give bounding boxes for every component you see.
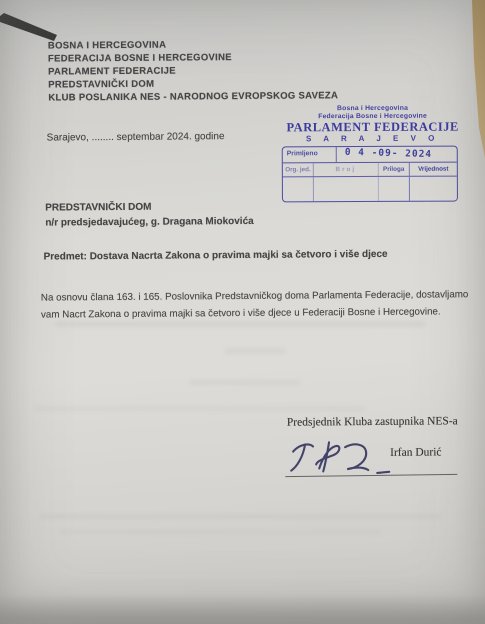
scanned-letter-page: BOSNA I HERCEGOVINA FEDERACIJA BOSNE I H… <box>0 0 485 624</box>
stamp-institution-line: PARLAMENT FEDERACIJE <box>282 121 464 135</box>
stamp-empty-cell <box>379 177 410 201</box>
stamp-empty-cell <box>410 177 457 201</box>
stamp-column-header: Priloga <box>378 163 409 176</box>
letter-content: BOSNA I HERCEGOVINA FEDERACIJA BOSNE I H… <box>0 0 485 624</box>
stamp-empty-cell <box>314 177 378 201</box>
signature-title: Predsjednik Kluba zastupnika NES-a <box>287 415 458 428</box>
recipient-block: PREDSTAVNIČKI DOM n/r predsjedavajućeg, … <box>45 199 254 231</box>
stamp-column-header: Vrijednost <box>410 163 457 176</box>
place-date-line: Sarajevo, ........ septembar 2024. godin… <box>47 131 225 143</box>
letterhead-line: KLUB POSLANIKA NES - NARODNOG EVROPSKOG … <box>48 89 338 104</box>
recipient-line: n/r predsjedavajućeg, g. Dragana Miokovi… <box>45 214 254 231</box>
stamp-empty-cell <box>283 177 314 201</box>
stamp-column-header: Broj <box>314 163 378 176</box>
signature-name: Irfan Durić <box>390 446 441 458</box>
receipt-stamp: Bosna i Hercegovina Federacija Bosne i H… <box>282 105 464 203</box>
subject-line: Predmet: Dostava Nacrta Zakona o pravima… <box>44 249 388 263</box>
stamp-received-date: 0 4 -09- 2024 <box>345 147 433 160</box>
recipient-line: PREDSTAVNIČKI DOM <box>45 199 254 216</box>
stamp-table: Primljeno 0 4 -09- 2024 Org. jed. Broj P… <box>282 146 458 203</box>
stamp-column-header: Org. jed. <box>283 163 314 176</box>
body-paragraph: Na osnovu člana 163. i 165. Poslovnika P… <box>41 286 471 323</box>
stamp-city-line: S A R A J E V O <box>282 134 464 145</box>
stamp-received-label: Primljeno <box>283 147 337 162</box>
letterhead: BOSNA I HERCEGOVINA FEDERACIJA BOSNE I H… <box>48 37 338 104</box>
